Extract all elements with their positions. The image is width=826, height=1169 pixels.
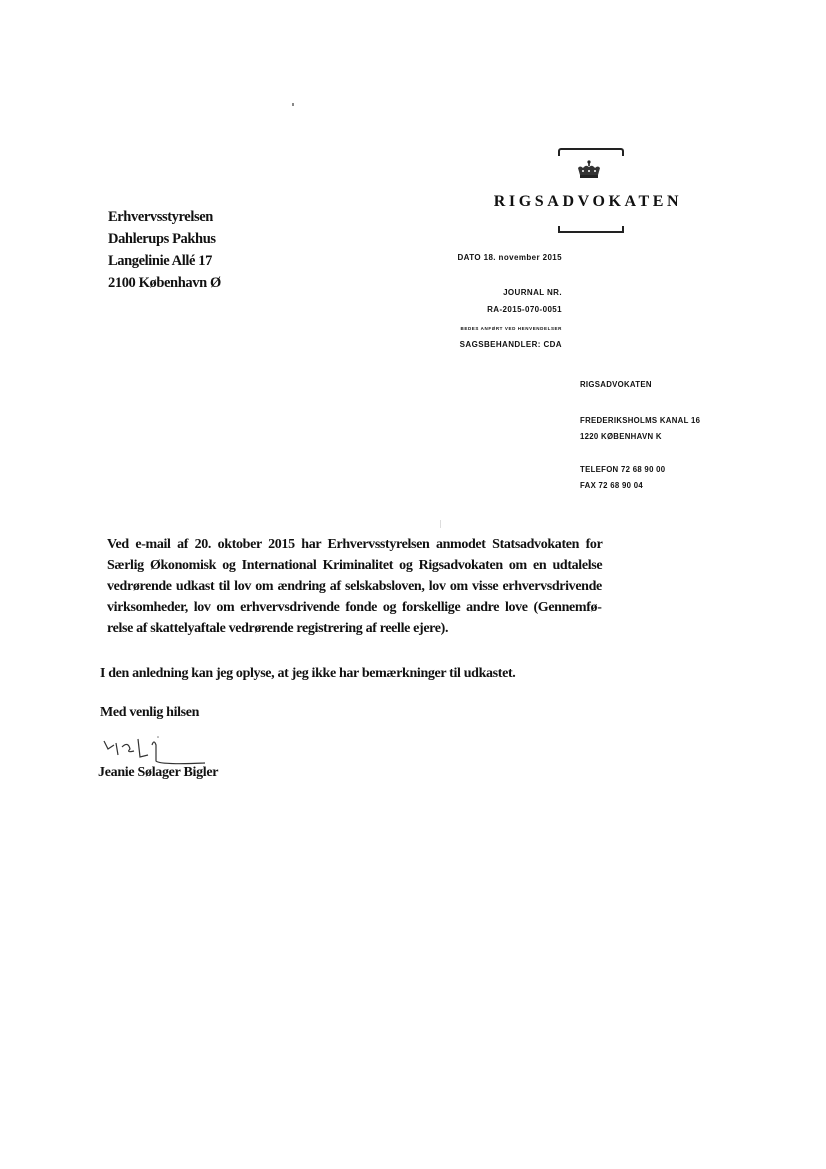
sender-city: 1220 KØBENHAVN K: [580, 432, 662, 441]
sender-name: RIGSADVOKATEN: [580, 380, 652, 389]
recipient-line: Langelinie Allé 17: [108, 250, 221, 272]
body-line: Ved e-mail af 20. oktober 2015 har Erhve…: [107, 537, 602, 553]
signer-name: Jeanie Sølager Bigler: [98, 765, 218, 781]
body-line: relse af skattelyaftale vedrørende regis…: [107, 621, 448, 637]
recipient-address: Erhvervsstyrelsen Dahlerups Pakhus Lange…: [108, 206, 221, 294]
bracket-bottom-decoration: [558, 226, 624, 233]
scan-speck: [292, 103, 294, 106]
body-line: vedrørende udkast til lov om ændring af …: [107, 579, 602, 595]
sender-phone: TELEFON 72 68 90 00: [580, 465, 665, 474]
body-paragraph-2: I den anledning kan jeg oplyse, at jeg i…: [100, 666, 515, 682]
body-line: Særlig Økonomisk og International Krimin…: [107, 558, 602, 574]
body-line: virksomheder, lov om erhvervsdrivende fo…: [107, 600, 602, 616]
sender-street: FREDERIKSHOLMS KANAL 16: [580, 416, 700, 425]
recipient-line: Dahlerups Pakhus: [108, 228, 221, 250]
journal-number: RA-2015-070-0051: [487, 305, 562, 314]
recipient-line: 2100 København Ø: [108, 272, 221, 294]
closing: Med venlig hilsen: [100, 705, 199, 721]
case-handler: SAGSBEHANDLER: CDA: [460, 340, 562, 349]
letterhead-logo: RIGSADVOKATEN: [478, 145, 698, 240]
crown-icon: [576, 160, 602, 184]
date-line: DATO 18. november 2015: [457, 253, 562, 262]
reference-note: BEDES ANFØRT VED HENVENDELSER: [461, 326, 563, 331]
recipient-line: Erhvervsstyrelsen: [108, 206, 221, 228]
bracket-top-decoration: [558, 148, 624, 156]
organization-name: RIGSADVOKATEN: [478, 193, 698, 211]
sender-fax: FAX 72 68 90 04: [580, 481, 643, 490]
scan-speck: [440, 520, 441, 528]
journal-label: JOURNAL NR.: [503, 288, 562, 297]
